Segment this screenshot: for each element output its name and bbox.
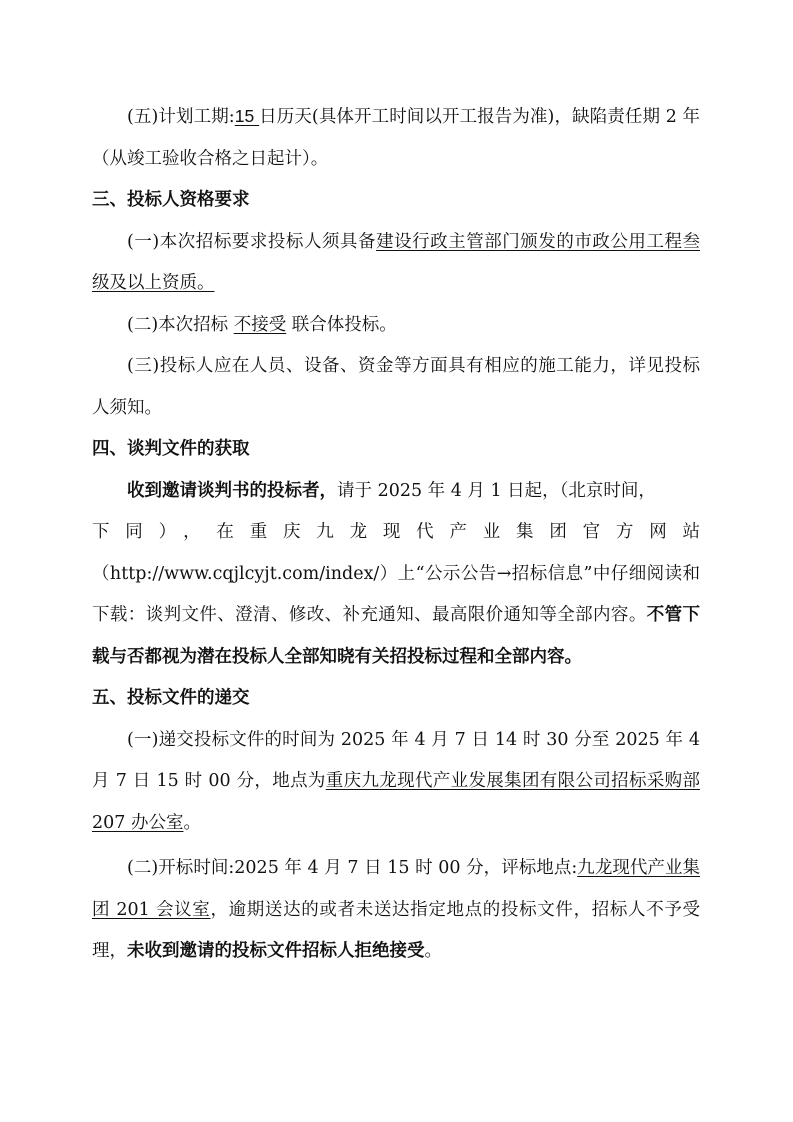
text-run: (一)本次招标要求投标人须具备 — [127, 232, 376, 252]
text-run: 。 — [183, 813, 201, 833]
bold-invitee: 收到邀请谈判书的投标者， — [127, 481, 337, 501]
underlined-duration: 15 — [235, 106, 259, 126]
text-run: 请于 2025 年 4 月 1 日起，（北京时间， — [337, 481, 656, 501]
paragraph-acquisition: 收到邀请谈判书的投标者，请于 2025 年 4 月 1 日起，（北京时间， 下同… — [92, 471, 700, 679]
text-run: 联合体投标。 — [286, 315, 397, 335]
acquisition-line-2: 下同），在重庆九龙现代产业集团官方网站 — [92, 512, 700, 554]
text-run: (五)计划工期: — [127, 107, 235, 127]
heading-bidder-qualification: 三、投标人资格要求 — [92, 180, 700, 222]
text-run: (二)开标时间:2025 年 4 月 7 日 15 时 00 分，评标地点: — [127, 858, 577, 878]
heading-bid-submission: 五、投标文件的递交 — [92, 678, 700, 720]
paragraph-consortium: (二)本次招标 不接受 联合体投标。 — [92, 305, 700, 347]
bold-rejection-notice: 未收到邀请的投标文件招标人拒绝接受 — [127, 941, 425, 961]
text-run: 下同），在重庆九龙现代产业集团官方网站 — [92, 522, 700, 542]
paragraph-capability: (三)投标人应在人员、设备、资金等方面具有相应的施工能力，详见投标人须知。 — [92, 346, 700, 429]
paragraph-submission-time: (一)递交投标文件的时间为 2025 年 4 月 7 日 14 时 30 分至 … — [92, 720, 700, 845]
text-run-with-url: （http://www.cqjlcyjt.com/index/）上“公示公告→招… — [92, 564, 700, 626]
text-run: 。 — [425, 941, 443, 961]
paragraph-qualification-requirement: (一)本次招标要求投标人须具备建设行政主管部门颁发的市政公用工程叁级及以上资质。 — [92, 222, 700, 305]
paragraph-construction-period: (五)计划工期:15 日历天(具体开工时间以开工报告为准)，缺陷责任期 2 年（… — [92, 96, 700, 180]
underlined-not-accepted: 不接受 — [234, 315, 287, 335]
acquisition-line-1: 收到邀请谈判书的投标者，请于 2025 年 4 月 1 日起，（北京时间， — [92, 471, 700, 513]
text-run: (二)本次招标 — [127, 315, 234, 335]
document-page: (五)计划工期:15 日历天(具体开工时间以开工报告为准)，缺陷责任期 2 年（… — [92, 96, 700, 973]
paragraph-opening-time: (二)开标时间:2025 年 4 月 7 日 15 时 00 分，评标地点:九龙… — [92, 848, 700, 973]
acquisition-line-3: （http://www.cqjlcyjt.com/index/）上“公示公告→招… — [92, 554, 700, 679]
text-run: (三)投标人应在人员、设备、资金等方面具有相应的施工能力，详见投标人须知。 — [92, 356, 700, 418]
heading-document-acquisition: 四、谈判文件的获取 — [92, 429, 700, 471]
